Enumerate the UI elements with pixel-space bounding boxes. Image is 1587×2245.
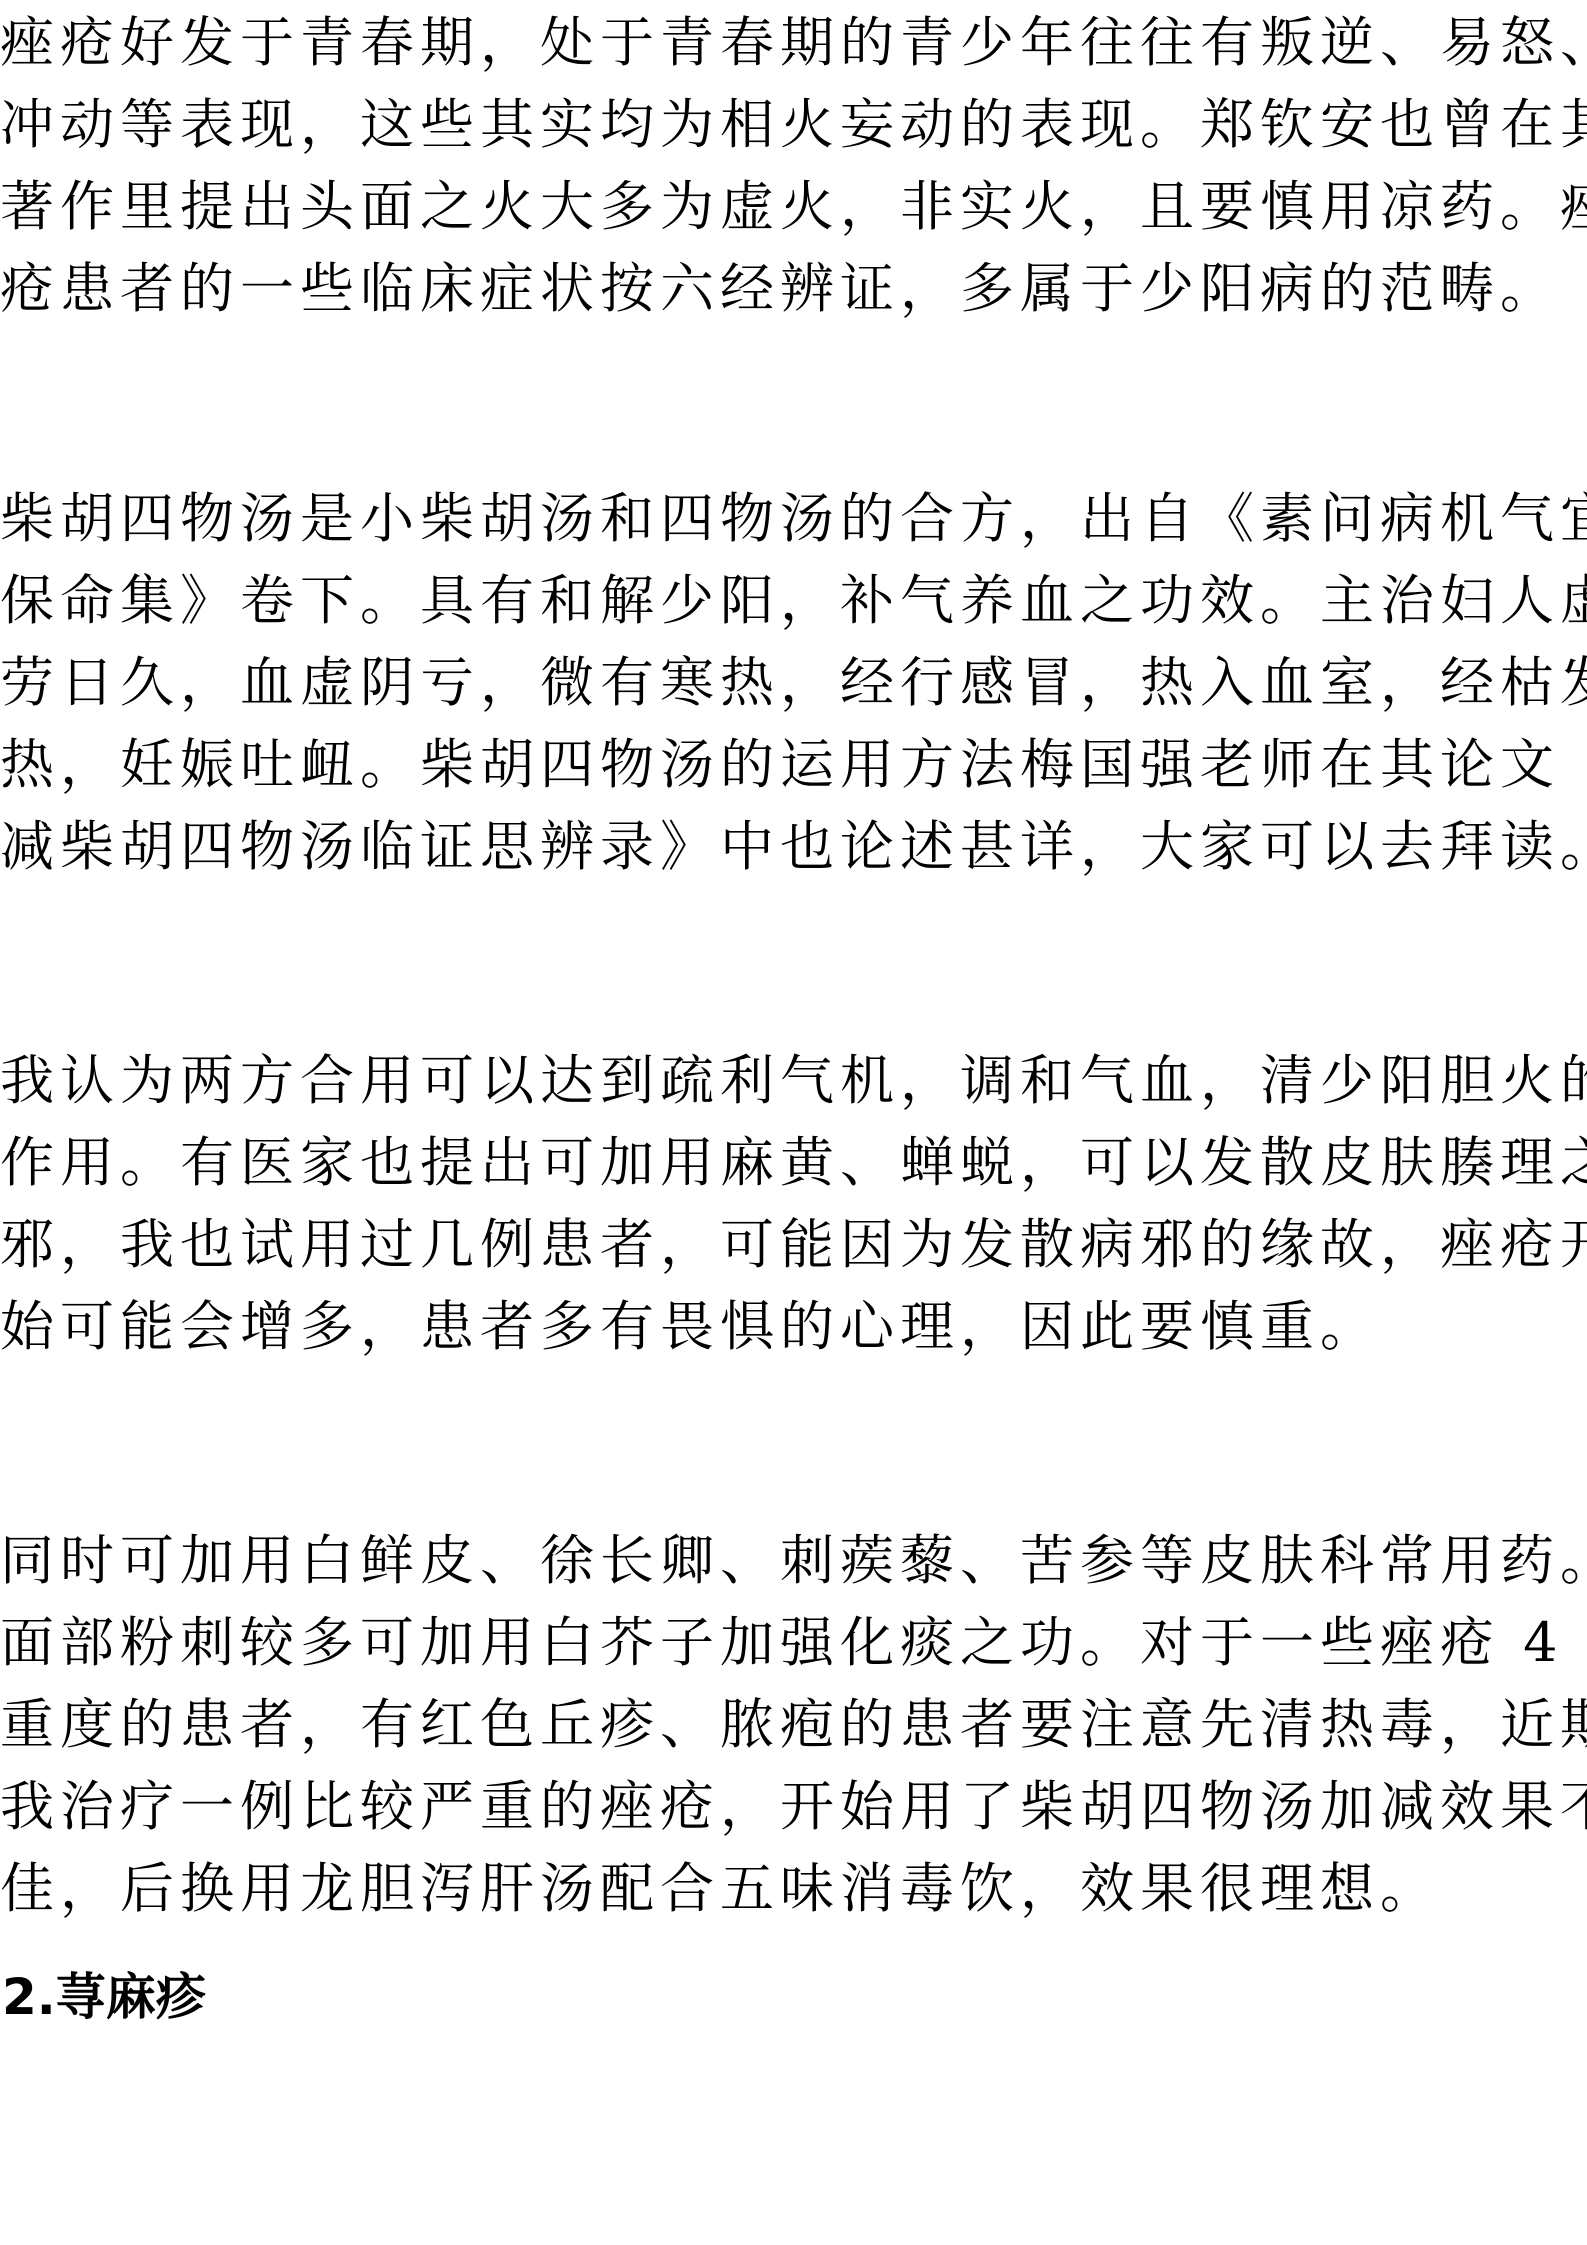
text-line: 我治疗一例比较严重的痤疮，开始用了柴胡四物汤加减效果不 [0,1766,1587,1848]
text-line: 冲动等表现，这些其实均为相火妄动的表现。郑钦安也曾在其 [0,84,1587,166]
text-line: 邪，我也试用过几例患者，可能因为发散病邪的缘故，痤疮开 [0,1204,1587,1286]
text-line: 热，妊娠吐衄。柴胡四物汤的运用方法梅国强老师在其论文《加 [0,724,1587,806]
text-line: 疮患者的一些临床症状按六经辨证，多属于少阳病的范畴。 [0,248,1560,330]
text-line: 我认为两方合用可以达到疏利气机，调和气血，清少阳胆火的 [0,1040,1587,1122]
text-line: 著作里提出头面之火大多为虚火，非实火，且要慎用凉药。痤 [0,166,1587,248]
section-heading: 2.荨麻疹 [2,1962,206,2032]
text-line: 减柴胡四物汤临证思辨录》中也论述甚详，大家可以去拜读。 [0,806,1587,888]
text-line: 痤疮好发于青春期，处于青春期的青少年往往有叛逆、易怒、 [0,2,1587,84]
text-line: 重度的患者，有红色丘疹、脓疱的患者要注意先清热毒，近期 [0,1684,1587,1766]
text-line: 同时可加用白鲜皮、徐长卿、刺蒺藜、苦参等皮肤科常用药。 [0,1520,1587,1602]
text-line: 保命集》卷下。具有和解少阳，补气养血之功效。主治妇人虚 [0,560,1587,642]
text-line: 面部粉刺较多可加用白芥子加强化痰之功。对于一些痤疮 4 级， [0,1602,1587,1684]
text-line: 始可能会增多，患者多有畏惧的心理，因此要慎重。 [0,1286,1380,1368]
text-line: 作用。有医家也提出可加用麻黄、蝉蜕，可以发散皮肤腠理之 [0,1122,1587,1204]
text-line: 劳日久，血虚阴亏，微有寒热，经行感冒，热入血室，经枯发 [0,642,1587,724]
text-line: 柴胡四物汤是小柴胡汤和四物汤的合方，出自《素问病机气宜 [0,478,1587,560]
text-line: 佳，后换用龙胆泻肝汤配合五味消毒饮，效果很理想。 [0,1848,1440,1930]
